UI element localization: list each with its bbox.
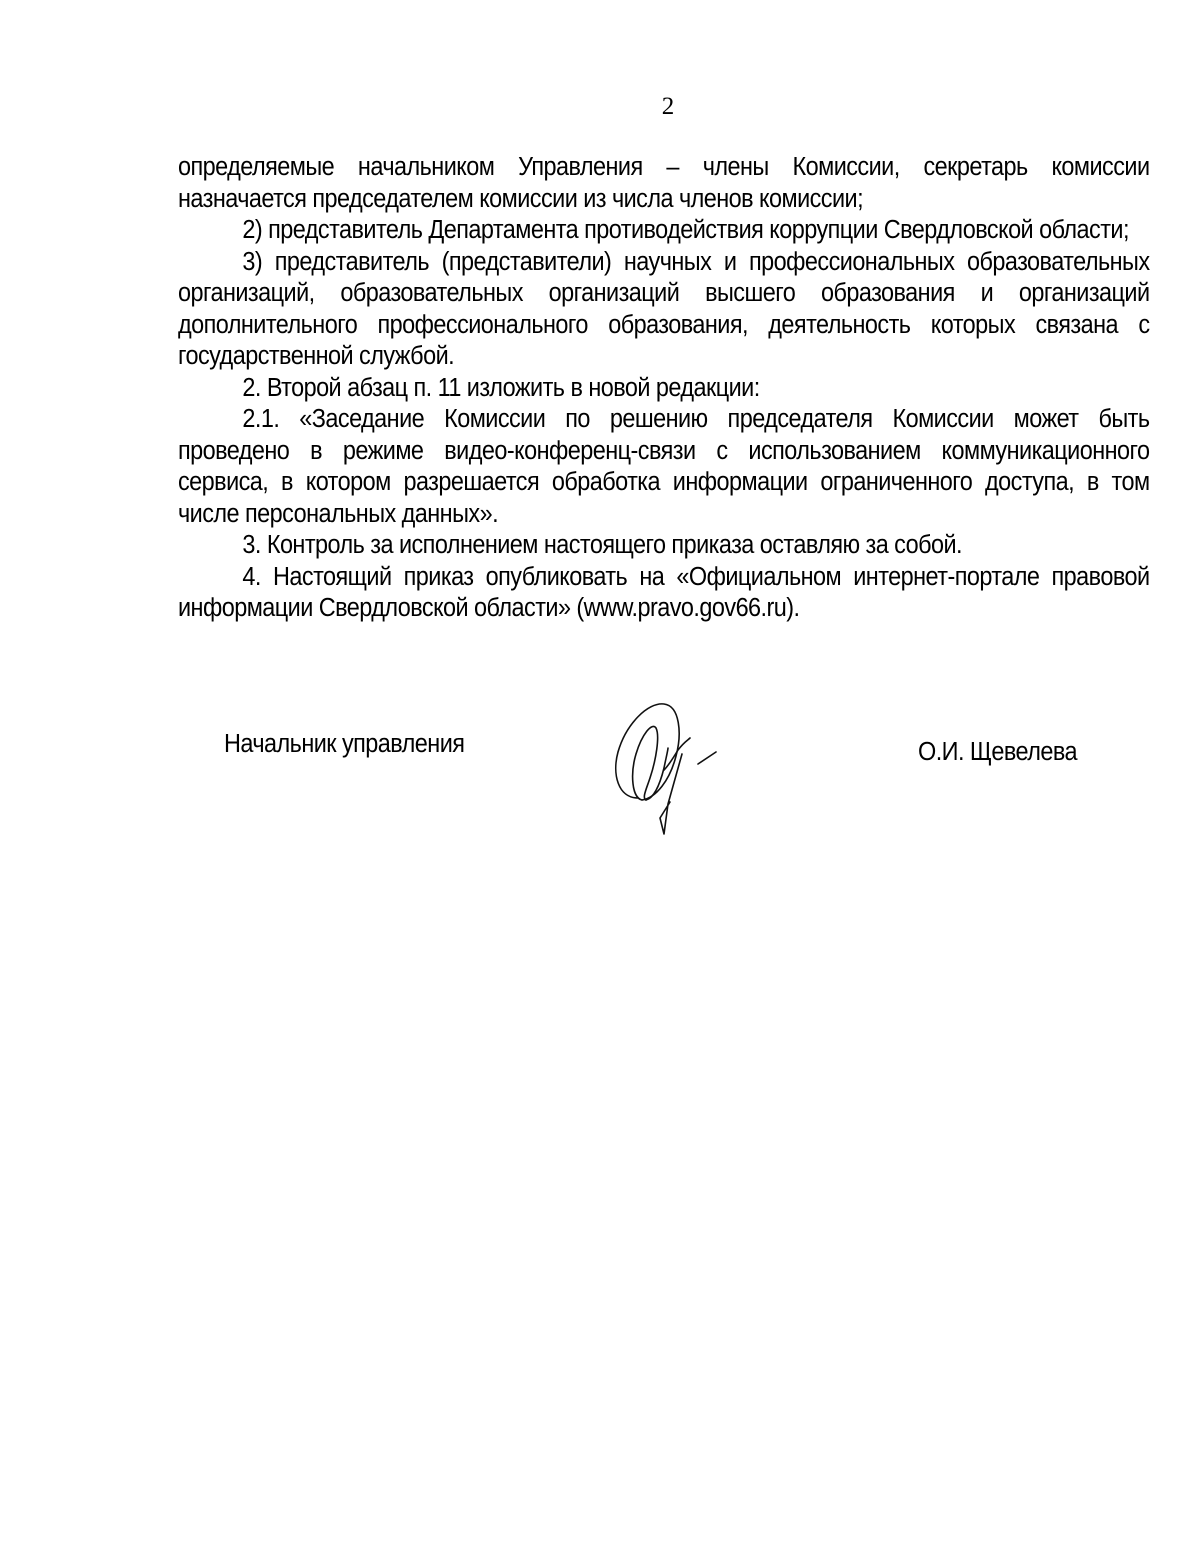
paragraph-item-2-department-representative: 2) представитель Департамента противодей… [178, 215, 1150, 247]
document-body: определяемые начальником Управления – чл… [178, 152, 1072, 625]
signer-position: Начальник управления [224, 730, 464, 759]
paragraph-clause-3: 3. Контроль за исполнением настоящего пр… [178, 530, 1150, 562]
handwritten-signature-icon [598, 694, 738, 854]
signer-name: О.И. Щевелева [918, 738, 1077, 767]
paragraph-item-3-education-representatives: 3) представитель (представители) научных… [178, 247, 1150, 373]
paragraph-clause-2: 2. Второй абзац п. 11 изложить в новой р… [178, 373, 1150, 405]
paragraph-commission-members-continued: определяемые начальником Управления – чл… [178, 152, 1150, 215]
paragraph-clause-2-1: 2.1. «Заседание Комиссии по решению пред… [178, 404, 1150, 530]
page-number: 2 [0, 92, 1200, 122]
paragraph-clause-4: 4. Настоящий приказ опубликовать на «Офи… [178, 562, 1150, 625]
signature-block: Начальник управления О.И. Щевелева [0, 700, 1200, 860]
